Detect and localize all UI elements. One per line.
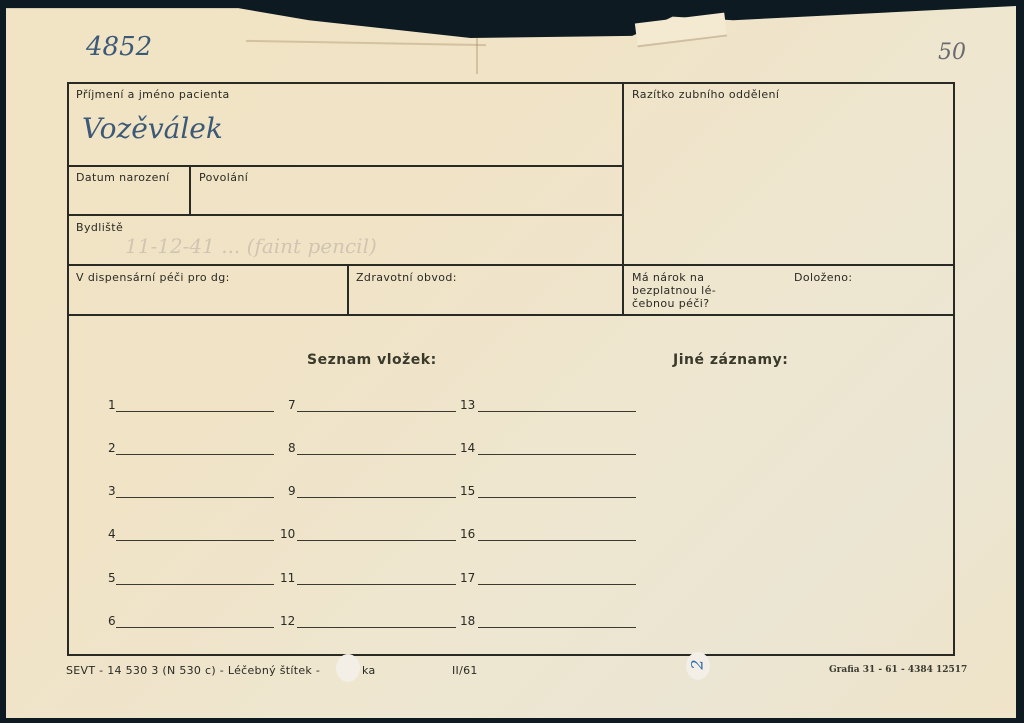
insert-rule — [297, 540, 456, 542]
rule-below-name — [67, 165, 623, 167]
documented-label: Doloženo: — [794, 271, 853, 284]
insert-number: 3 — [108, 484, 116, 498]
insert-line-15[interactable]: 15 — [460, 484, 636, 500]
free-care-label-3: čebnou péči? — [632, 297, 709, 310]
insert-rule — [297, 584, 456, 586]
insert-number: 11 — [280, 571, 295, 585]
patient-name-label: Příjmení a jméno pacienta — [76, 88, 230, 101]
form-code-suffix: ka — [362, 664, 376, 677]
punch-hole-right: 2 — [686, 652, 710, 680]
insert-rule — [478, 454, 636, 456]
free-care-label-2: bezplatnou lé- — [632, 284, 716, 297]
insert-rule — [478, 497, 636, 499]
insert-number: 13 — [460, 398, 475, 412]
insert-line-1[interactable]: 1 — [108, 398, 274, 414]
residence-label: Bydliště — [76, 221, 123, 234]
other-records-heading: Jiné záznamy: — [673, 352, 788, 368]
form-code: SEVT - 14 530 3 (N 530 c) - Léčebný štít… — [66, 664, 320, 677]
insert-rule — [297, 497, 456, 499]
handwritten-corner-number: 50 — [938, 40, 966, 65]
free-care-label-1: Má nárok na — [632, 271, 704, 284]
insert-line-4[interactable]: 4 — [108, 527, 274, 543]
insert-number: 1 — [108, 398, 116, 412]
insert-line-13[interactable]: 13 — [460, 398, 636, 414]
insert-line-11[interactable]: 11 — [280, 571, 456, 587]
health-district-label: Zdravotní obvod: — [356, 271, 457, 284]
inserts-heading: Seznam vložek: — [307, 352, 437, 368]
patient-name-value[interactable]: Vozěválek — [82, 112, 223, 145]
insert-number: 12 — [280, 614, 295, 628]
rule-below-birthdate — [67, 214, 623, 216]
divider-birthdate-occupation — [189, 165, 191, 216]
insert-rule — [297, 627, 456, 629]
punch-hole-left — [336, 654, 360, 682]
insert-number: 18 — [460, 614, 475, 628]
insert-number: 17 — [460, 571, 475, 585]
printer-imprint: Grafia 31 - 61 - 4384 12517 — [829, 665, 967, 675]
insert-rule — [478, 540, 636, 542]
insert-rule — [116, 454, 274, 456]
divider-dispensary-district — [347, 264, 349, 316]
insert-number: 5 — [108, 571, 116, 585]
edition-code: II/61 — [452, 664, 478, 677]
birth-date-label: Datum narození — [76, 171, 170, 184]
hole-handwritten-mark: 2 — [688, 659, 707, 669]
insert-rule — [297, 411, 456, 413]
insert-line-6[interactable]: 6 — [108, 614, 274, 630]
insert-rule — [116, 584, 274, 586]
stamp-label: Razítko zubního oddělení — [632, 88, 779, 101]
insert-rule — [478, 584, 636, 586]
form-frame — [67, 82, 955, 656]
insert-rule — [478, 411, 636, 413]
insert-number: 7 — [288, 398, 296, 412]
divider-left-right — [622, 82, 624, 316]
insert-number: 8 — [288, 441, 296, 455]
insert-number: 16 — [460, 527, 475, 541]
residence-pencil-value[interactable]: 11-12-41 ... (faint pencil) — [125, 234, 377, 258]
insert-line-16[interactable]: 16 — [460, 527, 636, 543]
insert-rule — [297, 454, 456, 456]
insert-number: 10 — [280, 527, 295, 541]
rule-below-residence — [67, 264, 955, 266]
insert-line-7[interactable]: 7 — [288, 398, 456, 414]
insert-line-18[interactable]: 18 — [460, 614, 636, 630]
insert-rule — [478, 627, 636, 629]
insert-number: 15 — [460, 484, 475, 498]
insert-line-3[interactable]: 3 — [108, 484, 274, 500]
dispensary-care-label: V dispensární péči pro dg: — [76, 271, 230, 284]
insert-rule — [116, 627, 274, 629]
rule-below-header — [67, 314, 955, 316]
insert-line-2[interactable]: 2 — [108, 441, 274, 457]
insert-rule — [116, 411, 274, 413]
handwritten-card-number: 4852 — [86, 32, 152, 62]
paper-crease — [246, 40, 486, 46]
insert-number: 9 — [288, 484, 296, 498]
insert-number: 14 — [460, 441, 475, 455]
insert-line-5[interactable]: 5 — [108, 571, 274, 587]
insert-line-9[interactable]: 9 — [288, 484, 456, 500]
paper-tear — [476, 34, 478, 74]
insert-line-14[interactable]: 14 — [460, 441, 636, 457]
insert-rule — [116, 540, 274, 542]
insert-number: 6 — [108, 614, 116, 628]
insert-number: 4 — [108, 527, 116, 541]
insert-number: 2 — [108, 441, 116, 455]
insert-line-8[interactable]: 8 — [288, 441, 456, 457]
insert-rule — [116, 497, 274, 499]
insert-line-12[interactable]: 12 — [280, 614, 456, 630]
occupation-label: Povolání — [199, 171, 248, 184]
insert-line-10[interactable]: 10 — [280, 527, 456, 543]
insert-line-17[interactable]: 17 — [460, 571, 636, 587]
